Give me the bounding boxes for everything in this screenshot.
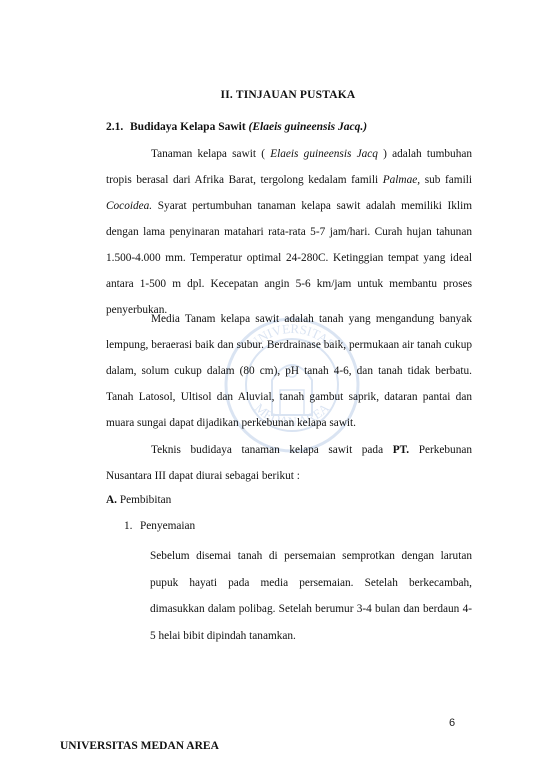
chapter-title: II. TINJAUAN PUSTAKA <box>0 89 550 101</box>
page-number: 6 <box>449 717 455 729</box>
p3-tail: dapat diurai sebagai berikut : <box>169 470 300 482</box>
paragraph-4: Sebelum disemai tanah di persemaian semp… <box>150 543 472 649</box>
section-title-italic: (Elaeis guineensis Jacq.) <box>249 121 368 133</box>
list-item-number: 1. <box>124 520 140 532</box>
subsection-title: Pembibitan <box>120 494 171 506</box>
footer-institution: UNIVERSITAS MEDAN AREA <box>60 740 219 752</box>
p1-species: Elaeis guineensis Jacq <box>270 148 378 160</box>
paragraph-1: Tanaman kelapa sawit ( Elaeis guineensis… <box>106 141 472 323</box>
subsection-letter: A. <box>106 494 117 506</box>
p1-sub-label: sub famili <box>425 174 472 186</box>
p1-rest: Syarat pertumbuhan tanaman kelapa sawit … <box>106 200 472 316</box>
paragraph-3: Teknis budidaya tanaman kelapa sawit pad… <box>106 437 472 489</box>
section-title: Budidaya Kelapa Sawit <box>130 121 246 133</box>
p2-text: Media Tanam kelapa sawit adalah tanah ya… <box>106 313 472 429</box>
section-number: 2.1. <box>106 121 130 133</box>
paragraph-2: Media Tanam kelapa sawit adalah tanah ya… <box>106 306 472 436</box>
p3-company-bold: PT. <box>393 444 409 456</box>
section-heading: 2.1.Budidaya Kelapa Sawit (Elaeis guinee… <box>106 121 367 133</box>
p1-subfamily: Cocoidea. <box>106 200 152 212</box>
subsection-a: A. Pembibitan <box>106 494 171 506</box>
document-page: UNIVERSITAS MEDAN AREA II. TINJAUAN PUST… <box>0 0 550 777</box>
p3-lead: Teknis budidaya tanaman kelapa sawit pad… <box>151 444 383 456</box>
p1-lead: Tanaman kelapa sawit ( <box>151 148 265 160</box>
p1-family: Palmae, <box>383 174 420 186</box>
p4-text: Sebelum disemai tanah di persemaian semp… <box>150 550 472 642</box>
list-item-1: 1.Penyemaian <box>124 520 195 532</box>
list-item-title: Penyemaian <box>140 520 195 532</box>
